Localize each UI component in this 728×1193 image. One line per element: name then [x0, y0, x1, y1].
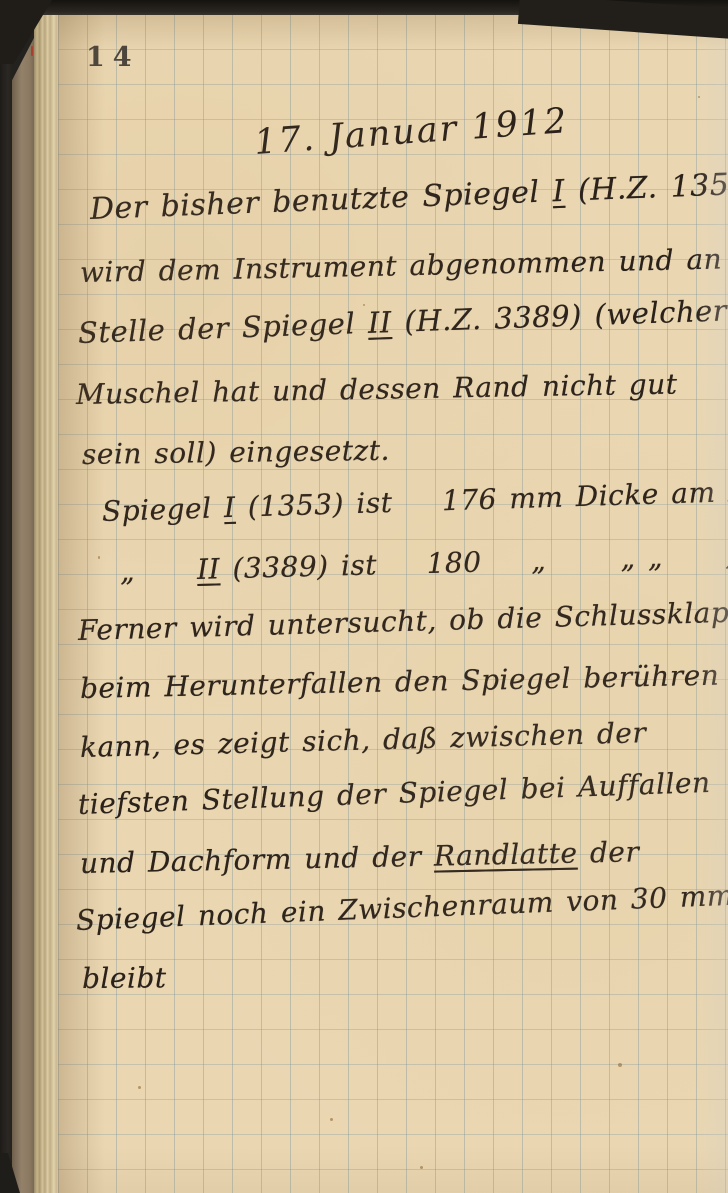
handwritten-line: kann, es zeigt sich, daß zwischen der [80, 716, 647, 764]
binding-cloth-edge [0, 0, 13, 1193]
handwriting-text: bleibt [82, 961, 167, 995]
notebook-page: 14 17. Januar 1912 Der bisher benutzte S… [58, 14, 728, 1193]
handwriting-text: beim Herunterfallen den Spiegel berühren [80, 659, 720, 705]
handwritten-line: und Dachform und der Randlatte der [80, 835, 640, 880]
handwriting-text: und Dachform und der [80, 840, 435, 880]
handwritten-line: bleibt [82, 961, 167, 995]
underlined-text: I [223, 491, 236, 524]
handwritten-line: sein soll) eingesetzt. [82, 434, 390, 471]
handwritten-line: Der bisher benutzte Spiegel I (H.Z. 1353… [89, 166, 728, 227]
handwriting-text: Spiegel [101, 491, 224, 528]
handwritten-line: Spiegel noch ein Zwischenraum von 30 mm [75, 879, 728, 937]
underlined-text: II [197, 552, 221, 586]
underlined-text: Randlatte [434, 837, 578, 873]
underlined-text: II [367, 305, 392, 340]
handwriting-text: tiefsten Stellung der Spiegel bei Auffal… [77, 766, 711, 821]
notebook-photo: 14 17. Januar 1912 Der bisher benutzte S… [0, 0, 728, 1193]
handwritten-line: wird dem Instrument abgenommen und an se… [80, 240, 728, 289]
foxing-speck [363, 304, 365, 306]
handwriting-text: wird dem Instrument abgenommen und an se… [80, 240, 728, 289]
foxing-speck [330, 1118, 333, 1121]
page-number: 14 [86, 42, 140, 73]
foxing-speck [98, 556, 100, 559]
handwriting-text: (H.Z. 3389) (welcher die [391, 291, 728, 339]
handwriting-text: (H.Z. 1353) [564, 166, 728, 209]
handwriting-text: der [577, 835, 639, 869]
handwritten-line: Stelle der Spiegel II (H.Z. 3389) (welch… [77, 291, 728, 350]
handwritten-line: Muschel hat und dessen Rand nicht gut [76, 368, 678, 411]
handwriting-text: Ferner wird untersucht, ob die Schlusskl… [78, 595, 728, 647]
handwriting-text: (3389) ist 180 „ „ „ „ [220, 539, 728, 586]
foxing-speck [420, 1166, 423, 1169]
handwriting-text: „ [120, 553, 198, 588]
handwritten-line: Spiegel I (1353) ist 176 mm Dicke am Ran… [101, 473, 728, 528]
handwriting-text: kann, es zeigt sich, daß zwischen der [80, 716, 647, 764]
handwriting-text: Der bisher benutzte Spiegel [89, 174, 553, 227]
handwritten-line: tiefsten Stellung der Spiegel bei Auffal… [77, 766, 711, 821]
handwriting-text: (1353) ist 176 mm Dicke am Rand [235, 473, 728, 524]
red-fiber-mark [31, 46, 33, 56]
page-edge-stack [34, 14, 60, 1193]
handwriting-text: Stelle der Spiegel [77, 306, 368, 350]
handwriting-text: Muschel hat und dessen Rand nicht gut [76, 368, 678, 411]
handwritten-line: Ferner wird untersucht, ob die Schlusskl… [78, 595, 728, 647]
handwriting-text: sein soll) eingesetzt. [82, 434, 390, 471]
foxing-speck [618, 1063, 622, 1067]
cover-edge-strip [12, 34, 36, 1193]
foxing-speck [698, 96, 700, 98]
handwritten-line: beim Herunterfallen den Spiegel berühren [80, 659, 720, 705]
foxing-speck [138, 1086, 141, 1089]
entry-date: 17. Januar 1912 [253, 101, 570, 163]
handwritten-line: „ II (3389) ist 180 „ „ „ „ [120, 539, 728, 588]
handwriting-text: Spiegel noch ein Zwischenraum von 30 mm [75, 879, 728, 937]
